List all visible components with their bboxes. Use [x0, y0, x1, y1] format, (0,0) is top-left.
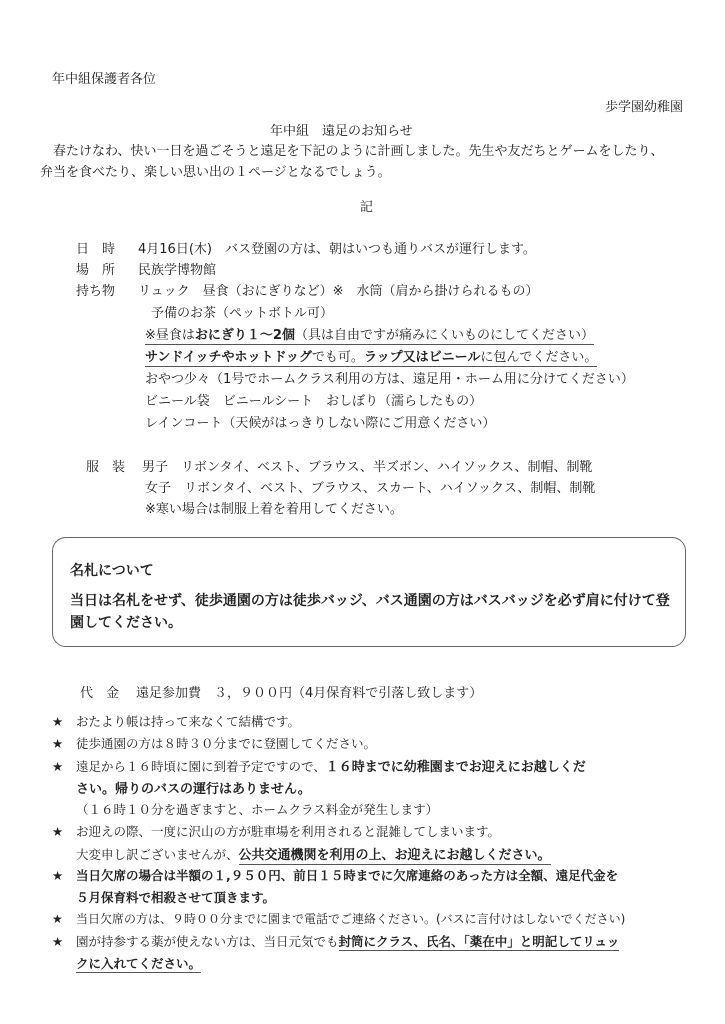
note-item-6: ★当日欠席の方は、９時００分までに園まで電話でご連絡ください。(バスに言付けはし… [52, 910, 625, 927]
star-icon: ★ [52, 736, 76, 751]
place-value: 民族学博物館 [138, 263, 216, 278]
lunch-note-suffix: （具は自由ですが痛みにくいものにしてください） [295, 328, 594, 343]
belongings-line-6: ビニール袋 ビニールシート おしぼり（濡らしたもの） [145, 390, 482, 409]
wrap-suffix: に包んでください。 [480, 350, 597, 365]
clothing-row: 服 装男子 リボンタイ、ベスト、ブラウス、半ズボン、ハイソックス、制帽、制靴 [86, 456, 592, 475]
datetime-value: 4月16日(木) バス登園の方は、朝はいつも通りバスが運行します。 [138, 242, 536, 257]
notice-body: 当日は名札をせず、徒歩通園の方は徒歩バッジ、バス通園の方はバスバッジを必ず肩に付… [70, 590, 670, 634]
fee-label: 代 金 [80, 682, 136, 701]
intro-line-1: 春たけなわ、快い一日を過ごそうと遠足を下記のように計画しました。先生や友だちとゲ… [40, 140, 663, 159]
clothing-note: ※寒い場合は制服上着を着用してください。 [145, 498, 403, 517]
star-icon: ★ [52, 934, 76, 949]
note-item-2: ★徒歩通園の方は８時３０分までに登園してください。 [52, 734, 376, 752]
fee-value: 遠足参加費 ３，９００円（4月保育料で引落し致します） [136, 686, 482, 701]
belongings-line-3: ※昼食はおにぎり１～2個（具は自由ですが痛みにくいものにしてください） [145, 324, 594, 343]
note-item-7-line-2: クに入れてください。 [76, 954, 201, 972]
intro-line-2: 弁当を食べたり、楽しい思い出の１ページとなるでしょう。 [40, 161, 391, 180]
star-icon: ★ [52, 714, 76, 729]
note-item-4: ★お迎えの際、一度に沢山の方が駐車場を利用されると混雑してしまいます。 [52, 822, 500, 840]
clothing-boys: 男子 リボンタイ、ベスト、ブラウス、半ズボン、ハイソックス、制帽、制靴 [142, 460, 592, 475]
notice-title: 名札について [70, 560, 154, 580]
star-icon: ★ [52, 759, 76, 774]
sandwich-bold: サンドイッチやホットドッグ [145, 350, 312, 365]
note-item-5-line-2: ５月保育料で相殺させて頂きます。 [76, 888, 275, 906]
datetime-label: 日 時 [76, 238, 138, 257]
note-item-3: ★遠足から１６時頃に園に到着予定ですので、１６時までに幼稚園までお迎えにお越しく… [52, 756, 586, 775]
datetime-row: 日 時4月16日(木) バス登園の方は、朝はいつも通りバスが運行します。 [76, 238, 536, 257]
belongings-line-1: リュック 昼食（おにぎりなど）※ 水筒（肩から掛けられるもの） [138, 284, 539, 299]
wrap-bold: ラップ又はビニール [364, 350, 480, 365]
ki-heading: 記 [360, 196, 373, 215]
note-item-3-line-3: （１６時１０分を過ぎますと、ホームクラス料金が発生します） [76, 800, 438, 818]
belongings-row: 持ち物リュック 昼食（おにぎりなど）※ 水筒（肩から掛けられるもの） [76, 280, 539, 299]
star-icon: ★ [52, 912, 76, 926]
belongings-line-2: 予備のお茶（ペットボトル可） [151, 302, 333, 321]
belongings-line-4: サンドイッチやホットドッグでも可。ラップ又はビニールに包んでください。 [145, 346, 597, 365]
fee-row: 代 金遠足参加費 ３，９００円（4月保育料で引落し致します） [80, 682, 482, 701]
name-tag-notice-box: 名札について 当日は名札をせず、徒歩通園の方は徒歩バッジ、バス通園の方はバスバッ… [52, 537, 686, 647]
document-title: 年中組 遠足のお知らせ [270, 120, 413, 139]
note-item-5: ★当日欠席の場合は半額の１,９５０円、前日１５時までに欠席連絡のあった方は全額、… [52, 866, 618, 884]
belongings-label: 持ち物 [76, 280, 138, 299]
place-row: 場 所民族学博物館 [76, 259, 216, 278]
lunch-note-prefix: ※昼食は [145, 328, 195, 343]
sender: 歩学園幼稚園 [605, 96, 683, 115]
place-label: 場 所 [76, 259, 138, 278]
belongings-line-7: レインコート（天候がはっきりしない際にご用意ください） [145, 412, 495, 431]
clothing-label: 服 装 [86, 456, 142, 475]
star-icon: ★ [52, 824, 76, 839]
lunch-note-bold: おにぎり１～2個 [195, 328, 295, 343]
addressee: 年中組保護者各位 [52, 68, 156, 87]
star-icon: ★ [52, 868, 76, 883]
note-item-1: ★おたより帳は持って来なくて結構です。 [52, 712, 300, 730]
belongings-line-5: おやつ少々（1号でホームクラス利用の方は、遠足用・ホーム用に分けてください） [145, 368, 634, 387]
note-item-3-line-2: さい。帰りのバスの運行はありません。 [76, 778, 311, 797]
sandwich-mid: でも可。 [312, 350, 364, 365]
note-item-7: ★園が持参する薬が使えない方は、当日元気でも封筒にクラス、氏名、「薬在中」と明記… [52, 932, 619, 950]
clothing-girls: 女子 リボンタイ、ベスト、ブラウス、スカート、ハイソックス、制帽、制靴 [145, 477, 595, 496]
note-item-4-line-2: 大変申し訳ございませんが、公共交通機関を利用の上、お迎えにお越しください。 [76, 844, 551, 863]
